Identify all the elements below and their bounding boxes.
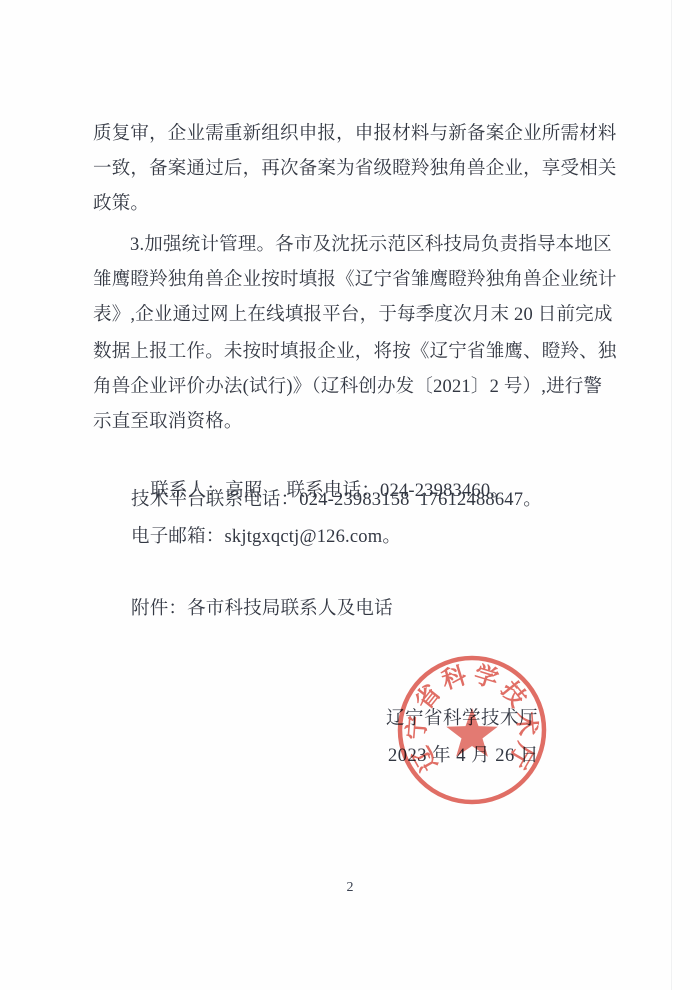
signature-agency: 辽宁省科学技术厅 xyxy=(386,706,538,732)
signature-date: 2023 年 4 月 26 日 xyxy=(388,743,539,769)
body-text-line: 示直至取消资格。 xyxy=(93,409,243,435)
body-text-line: 政策。 xyxy=(93,191,149,217)
contact-email: 电子邮箱：skjtgxqctj@126.com。 xyxy=(131,524,401,550)
page-number: 2 xyxy=(0,880,700,896)
attachment-line: 附件：各市科技局联系人及电话 xyxy=(131,596,393,622)
body-text-line: 雏鹰瞪羚独角兽企业按时填报《辽宁省雏鹰瞪羚独角兽企业统计 xyxy=(93,267,617,293)
body-text-line: 角兽企业评价办法(试行)》（辽科创办发〔2021〕2 号）,进行警 xyxy=(93,374,602,400)
document-page: 质复审，企业需重新组织申报，申报材料与新备案企业所需材料 一致，备案通过后，再次… xyxy=(0,0,700,990)
body-text-line: 表》,企业通过网上在线填报平台，于每季度次月末 20 日前完成 xyxy=(93,302,613,328)
scan-artifact-line xyxy=(671,0,672,990)
body-text-line: 质复审，企业需重新组织申报，申报材料与新备案企业所需材料 xyxy=(93,121,617,147)
contact-platform-phone: 技术平台联系电话：024-23983158 17612488647。 xyxy=(131,487,542,513)
body-text-line: 一致，备案通过后，再次备案为省级瞪羚独角兽企业，享受相关 xyxy=(93,156,617,182)
body-text-line: 数据上报工作。未按时填报企业，将按《辽宁省雏鹰、瞪羚、独 xyxy=(93,339,617,365)
body-text-line: 3.加强统计管理。各市及沈抚示范区科技局负责指导本地区 xyxy=(130,232,612,258)
